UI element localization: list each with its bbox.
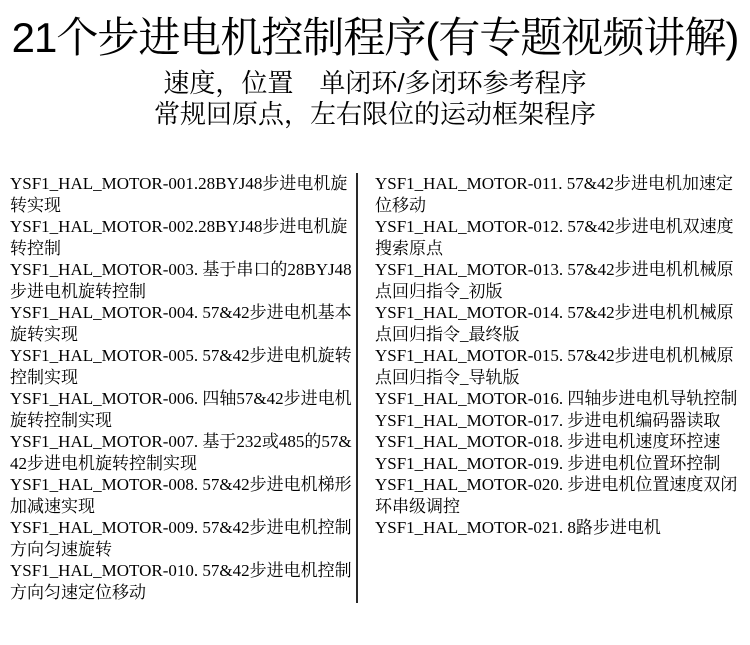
program-item-004: YSF1_HAL_MOTOR-004. 57&42步进电机基本旋转实现 [10,302,356,345]
program-list-right-column: YSF1_HAL_MOTOR-011. 57&42步进电机加速定位移动 YSF1… [358,173,744,603]
subtitle-line-1: 速度，位置 单闭环/多闭环参考程序 [0,68,750,99]
program-item-012: YSF1_HAL_MOTOR-012. 57&42步进电机双速度搜索原点 [375,216,744,259]
program-item-010: YSF1_HAL_MOTOR-010. 57&42步进电机控制方向匀速定位移动 [10,560,356,603]
program-item-013: YSF1_HAL_MOTOR-013. 57&42步进电机机械原点回归指令_初版 [375,259,744,302]
program-list: YSF1_HAL_MOTOR-001.28BYJ48步进电机旋转实现 YSF1_… [0,173,750,603]
program-item-017: YSF1_HAL_MOTOR-017. 步进电机编码器读取 [375,410,744,432]
program-item-008: YSF1_HAL_MOTOR-008. 57&42步进电机梯形加减速实现 [10,474,356,517]
program-item-009: YSF1_HAL_MOTOR-009. 57&42步进电机控制方向匀速旋转 [10,517,356,560]
program-item-018: YSF1_HAL_MOTOR-018. 步进电机速度环控速 [375,431,744,453]
program-item-015: YSF1_HAL_MOTOR-015. 57&42步进电机机械原点回归指令_导轨… [375,345,744,388]
program-item-003: YSF1_HAL_MOTOR-003. 基于串口的28BYJ48步进电机旋转控制 [10,259,356,302]
subtitle-line-2: 常规回原点，左右限位的运动框架程序 [0,99,750,130]
program-item-001: YSF1_HAL_MOTOR-001.28BYJ48步进电机旋转实现 [10,173,356,216]
program-item-007: YSF1_HAL_MOTOR-007. 基于232或485的57&42步进电机旋… [10,431,356,474]
program-item-002: YSF1_HAL_MOTOR-002.28BYJ48步进电机旋转控制 [10,216,356,259]
product-description-page: 21个步进电机控制程序(有专题视频讲解) 速度，位置 单闭环/多闭环参考程序 常… [0,0,750,645]
program-list-left-column: YSF1_HAL_MOTOR-001.28BYJ48步进电机旋转实现 YSF1_… [10,173,356,603]
program-item-016: YSF1_HAL_MOTOR-016. 四轴步进电机导轨控制 [375,388,744,410]
program-item-005: YSF1_HAL_MOTOR-005. 57&42步进电机旋转控制实现 [10,345,356,388]
program-item-006: YSF1_HAL_MOTOR-006. 四轴57&42步进电机旋转控制实现 [10,388,356,431]
page-title: 21个步进电机控制程序(有专题视频讲解) [0,12,750,64]
program-item-019: YSF1_HAL_MOTOR-019. 步进电机位置环控制 [375,453,744,475]
program-item-014: YSF1_HAL_MOTOR-014. 57&42步进电机机械原点回归指令_最终… [375,302,744,345]
program-item-020: YSF1_HAL_MOTOR-020. 步进电机位置速度双闭环串级调控 [375,474,744,517]
subtitle-block: 速度，位置 单闭环/多闭环参考程序 常规回原点，左右限位的运动框架程序 [0,68,750,130]
program-item-021: YSF1_HAL_MOTOR-021. 8路步进电机 [375,517,744,539]
program-item-011: YSF1_HAL_MOTOR-011. 57&42步进电机加速定位移动 [375,173,744,216]
